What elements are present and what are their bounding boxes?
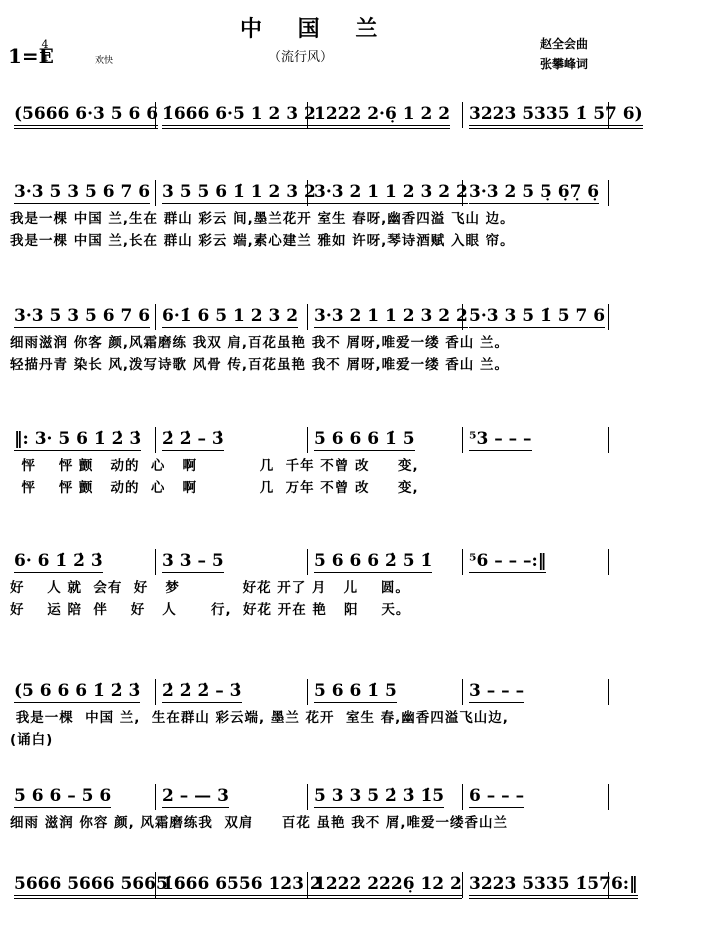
notation-row: (5666 6·3 5 6 61̇666 6·5 1 2 3 21222 2·6… [10, 100, 615, 130]
measure: 2̇ 2̇ 2̇ – 3̇ [162, 681, 242, 703]
barline [462, 427, 463, 453]
lyric-line: 轻描丹青 染长 风,泼写诗歌 风骨 传,百花虽艳 我不 屑呀,唯爱一缕 香山 兰… [10, 354, 615, 376]
measure: 2̇ 2̇ – 3̇ [162, 429, 224, 451]
barline [155, 304, 156, 330]
barline [608, 679, 609, 705]
barline [462, 549, 463, 575]
composer: 赵全会曲 [540, 34, 588, 54]
measure: 1̇666 6556 123 2 [162, 874, 322, 899]
barline [462, 872, 463, 898]
measure: 6·1̇ 6 5 1 2 3 2 [162, 306, 298, 328]
measure: 3·3 2 1 1 2 3 2 2 [314, 306, 468, 328]
measure: 3223 5335 1̇576:‖ [469, 874, 638, 899]
measure: 5·3 3 5 1̇ 5 7 6 [469, 306, 605, 328]
measure: 3·3 5 3 5 6 7 6 [14, 306, 150, 328]
barline [155, 679, 156, 705]
measure: 5 6 6 6 1̇ 5 [314, 429, 415, 451]
score-line: 5 6 6 – 5 62 – — 35 3 3 5 2̇ 3̇ 1̇56 – –… [10, 782, 615, 834]
tempo-marking: 欢快 [95, 53, 113, 66]
measure: ‖: 3· 5 6 1̇ 2̇ 3̇ [14, 429, 141, 451]
measure: 5 6 6 6 2̇ 5 1̇ [314, 551, 432, 573]
score-line: 3·3 5 3 5 6 7 63 5 5 6 1̇ 1 2 3 23·3 2 1… [10, 178, 615, 252]
score-line: 3·3 5 3 5 6 7 66·1̇ 6 5 1 2 3 23·3 2 1 1… [10, 302, 615, 376]
notation-row: 3·3 5 3 5 6 7 66·1̇ 6 5 1 2 3 23·3 2 1 1… [10, 302, 615, 332]
lyric-line: 怦 怦 颤 动的 心 啊 几 万年 不曾 改 变, [10, 477, 615, 499]
song-subtitle: （流行风） [268, 46, 333, 65]
barline [462, 180, 463, 206]
measure: ⁵6 – – –:‖ [469, 551, 546, 573]
barline [608, 180, 609, 206]
barline [155, 102, 156, 128]
measure: 6· 6 1̇ 2̇ 3̇ [14, 551, 103, 573]
measure: 1222 2226̣ 12 2 [314, 874, 462, 899]
measure: 3·3 5 3 5 6 7 6 [14, 182, 150, 204]
score-line: ‖: 3· 5 6 1̇ 2̇ 3̇2̇ 2̇ – 3̇5 6 6 6 1̇ 5… [10, 425, 615, 499]
notation-row: ‖: 3· 5 6 1̇ 2̇ 3̇2̇ 2̇ – 3̇5 6 6 6 1̇ 5… [10, 425, 615, 455]
barline [608, 427, 609, 453]
notation-row: (5 6 6 6 1̇ 2̇ 3̇2̇ 2̇ 2̇ – 3̇5 6 6 1̇ 5… [10, 677, 615, 707]
measure: (5 6 6 6 1̇ 2̇ 3̇ [14, 681, 140, 703]
lyric-line: 好 人 就 会有 好 梦 好花 开了 月 儿 圆。 [10, 577, 615, 599]
lyric-line: 细雨 滋润 你容 颜, 风霜磨练我 双肩 百花 虽艳 我不 屑,唯爱一缕香山兰 [10, 812, 615, 834]
barline [462, 102, 463, 128]
measure: 3·3 2 5 5̣ 6̣7̣ 6̣ [469, 182, 599, 204]
measure: 1222 2·6̣ 1 2 2 [314, 104, 450, 129]
barline [307, 180, 308, 206]
measure: (5666 6·3 5 6 6 [14, 104, 158, 129]
score-line: 6· 6 1̇ 2̇ 3̇3 3 – 55 6 6 6 2̇ 5 1̇⁵6 – … [10, 547, 615, 621]
barline [307, 872, 308, 898]
barline [608, 549, 609, 575]
barline [307, 102, 308, 128]
barline [608, 102, 609, 128]
measure: 3 3 – 5 [162, 551, 224, 573]
barline [155, 549, 156, 575]
notation-row: 3·3 5 3 5 6 7 63 5 5 6 1̇ 1 2 3 23·3 2 1… [10, 178, 615, 208]
song-title: 中 国 兰 [240, 12, 391, 43]
measure: 5 6 6 – 5 6 [14, 786, 111, 808]
measure: 2 – — 3 [162, 786, 229, 808]
measure: 3·3 2 1 1 2 3 2 2 [314, 182, 468, 204]
notation-row: 5666 5666 5665 61̇666 6556 123 21222 222… [10, 870, 615, 900]
barline [307, 679, 308, 705]
time-signature: 4 4 [40, 38, 50, 67]
barline [307, 427, 308, 453]
barline [155, 180, 156, 206]
measure: 6 – – – [469, 786, 524, 808]
notation-row: 6· 6 1̇ 2̇ 3̇3 3 – 55 6 6 6 2̇ 5 1̇⁵6 – … [10, 547, 615, 577]
barline [155, 427, 156, 453]
barline [608, 304, 609, 330]
measure: 3223 5335 1̇ 57 6) [469, 104, 643, 129]
measure: 5 6 6 1̇ 5 [314, 681, 397, 703]
barline [307, 304, 308, 330]
lyric-line: 怦 怦 颤 动的 心 啊 几 千年 不曾 改 变, [10, 455, 615, 477]
lyric-line: 好 运 陪 伴 好 人 行, 好花 开在 艳 阳 天。 [10, 599, 615, 621]
score-line: 5666 5666 5665 61̇666 6556 123 21222 222… [10, 870, 615, 900]
lyric-line: 我是一棵 中国 兰,长在 群山 彩云 端,素心建兰 雅如 许呀,琴诗酒赋 入眼 … [10, 230, 615, 252]
barline [462, 304, 463, 330]
measure: 3 – – – [469, 681, 524, 703]
lyric-line: (诵白) [10, 729, 615, 751]
barline [307, 784, 308, 810]
measure: 1̇666 6·5 1 2 3 2 [162, 104, 316, 129]
time-bottom: 4 [40, 53, 50, 67]
score-line: (5666 6·3 5 6 61̇666 6·5 1 2 3 21222 2·6… [10, 100, 615, 130]
lyric-line: 我是一棵 中国 兰, 生在群山 彩云端, 墨兰 花开 室生 春,幽香四溢飞山边, [10, 707, 615, 729]
lyric-line: 我是一棵 中国 兰,生在 群山 彩云 间,墨兰花开 室生 春呀,幽香四溢 飞山 … [10, 208, 615, 230]
measure: 3 5 5 6 1̇ 1 2 3 2 [162, 182, 316, 204]
lyricist: 张攀峰词 [540, 54, 588, 74]
measure: ⁵3 – – – [469, 429, 532, 451]
barline [307, 549, 308, 575]
barline [155, 784, 156, 810]
notation-row: 5 6 6 – 5 62 – — 35 3 3 5 2̇ 3̇ 1̇56 – –… [10, 782, 615, 812]
barline [462, 679, 463, 705]
barline [462, 784, 463, 810]
barline [155, 872, 156, 898]
barline [608, 872, 609, 898]
lyric-line: 细雨滋润 你客 颜,风霜磨练 我双 肩,百花虽艳 我不 屑呀,唯爱一缕 香山 兰… [10, 332, 615, 354]
time-top: 4 [40, 38, 50, 52]
measure: 5666 5666 5665 6 [14, 874, 186, 899]
barline [608, 784, 609, 810]
score-line: (5 6 6 6 1̇ 2̇ 3̇2̇ 2̇ 2̇ – 3̇5 6 6 1̇ 5… [10, 677, 615, 751]
measure: 5 3 3 5 2̇ 3̇ 1̇5 [314, 786, 444, 808]
credits: 赵全会曲 张攀峰词 [540, 34, 588, 74]
